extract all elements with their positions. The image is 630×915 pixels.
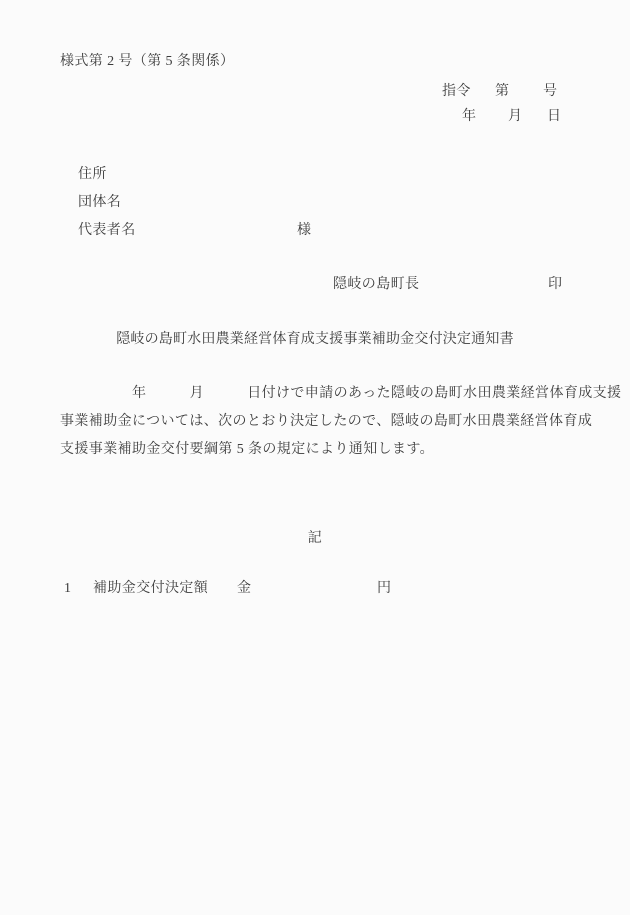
date-day-label: 日: [547, 107, 561, 126]
directive-label: 指令: [442, 82, 471, 101]
body-paragraph-line-2: 事業補助金については、次のとおり決定したので、隠岐の島町水田農業経営体育成: [60, 412, 620, 431]
document-title: 隠岐の島町水田農業経営体育成支援事業補助金交付決定通知書: [0, 330, 630, 349]
body-paragraph-line-1: 年 月 日付けで申請のあった隠岐の島町水田農業経営体育成支援: [60, 384, 620, 403]
date-line: 年 月 日: [0, 107, 630, 202]
directive-counter-prefix: 第: [495, 82, 509, 101]
record-marker: 記: [0, 529, 630, 548]
recipient-honorific: 様: [297, 221, 311, 240]
item-number: 1: [64, 579, 71, 598]
directive-counter-suffix: 号: [543, 82, 557, 101]
recipient-address-label: 住所: [78, 165, 618, 184]
amount-unit: 円: [377, 579, 391, 598]
grant-amount-line: 1 補助金交付決定額 金 円: [0, 579, 630, 693]
recipient-representative-label: 代表者名: [78, 221, 136, 240]
document-page: 様式第 2 号（第 5 条関係） 指令 第 号 年 月 日 住所 団体名 代表者…: [0, 0, 630, 915]
amount-prefix: 金: [237, 579, 251, 598]
seal-placeholder: 印: [548, 275, 562, 294]
form-number: 様式第 2 号（第 5 条関係）: [60, 52, 620, 71]
issuer-title: 隠岐の島町長: [333, 275, 419, 294]
date-year-label: 年: [462, 107, 476, 126]
item-label: 補助金交付決定額: [93, 579, 208, 598]
date-month-label: 月: [508, 107, 522, 126]
recipient-organization-label: 団体名: [78, 193, 618, 212]
body-paragraph-line-3: 支援事業補助金交付要綱第 5 条の規定により通知します。: [60, 440, 620, 459]
